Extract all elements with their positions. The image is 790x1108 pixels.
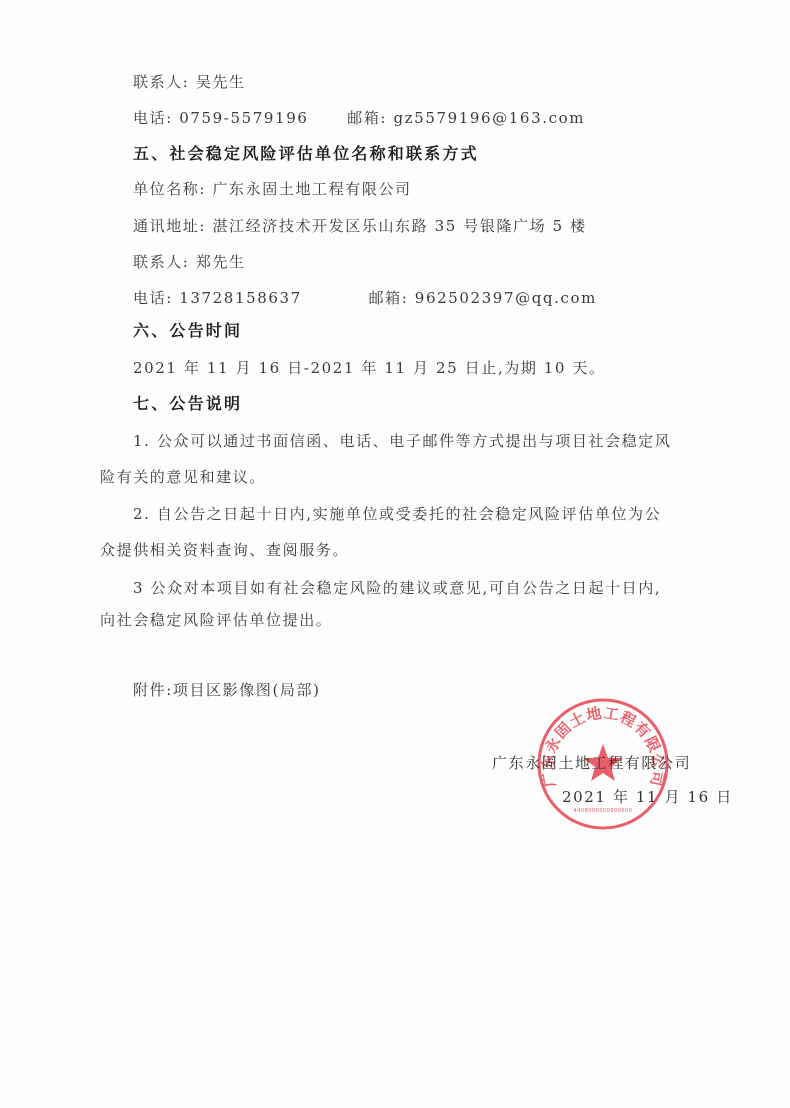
section-6-heading: 六、公告时间 [133,321,242,341]
signature-company: 广东永固土地工程有限公司 [492,752,691,773]
attachment-note: 附件:项目区影像图(局部) [133,680,321,700]
email-value: gz5579196@163.com [393,109,585,127]
address-label: 通讯地址: [133,217,206,235]
unit-name-line: 单位名称: 广东永固土地工程有限公司 [133,179,412,199]
email-value: 962502397@qq.com [415,289,597,307]
email-label: 邮箱: [347,109,387,127]
signature-date: 2021 年 11 月 16 日 [562,786,733,807]
contact-line-2: 联系人: 郑先生 [133,252,246,272]
contact-name: 郑先生 [196,253,246,271]
note-2-line-2: 众提供相关资料查询、查阅服务。 [100,540,349,560]
announcement-period: 2021 年 11 月 16 日-2021 年 11 月 25 日止,为期 10… [133,358,606,378]
document-page: 联系人: 吴先生 电话: 0759-5579196 邮箱: gz5579196@… [0,0,790,1108]
contact-label: 联系人: [133,253,189,271]
section-7-heading: 七、公告说明 [133,394,242,414]
phone-email-line: 电话: 0759-5579196 邮箱: gz5579196@163.com [133,108,585,128]
phone-value: 0759-5579196 [179,109,308,127]
note-1-line-1: 1. 公众可以通过书面信函、电话、电子邮件等方式提出与项目社会稳定风 [133,431,671,451]
phone-value: 13728158637 [179,289,302,307]
svg-text:广东永固土地工程有限公司: 广东永固土地工程有限公司 [539,704,668,789]
contact-label: 联系人: [133,73,189,91]
unit-label: 单位名称: [133,180,206,198]
phone-label: 电话: [133,289,173,307]
section-5-heading: 五、社会稳定风险评估单位名称和联系方式 [133,144,479,164]
address-line: 通讯地址: 湛江经济技术开发区乐山东路 35 号银隆广场 5 楼 [133,216,587,236]
contact-line: 联系人: 吴先生 [133,72,246,92]
unit-name: 广东永固土地工程有限公司 [212,180,411,198]
note-2-line-1: 2. 自公告之日起十日内,实施单位或受委托的社会稳定风险评估单位为公 [133,504,661,524]
phone-label: 电话: [133,109,173,127]
address-value: 湛江经济技术开发区乐山东路 35 号银隆广场 5 楼 [212,217,586,235]
email-label: 邮箱: [369,289,409,307]
contact-name: 吴先生 [196,73,246,91]
note-1-line-2: 险有关的意见和建议。 [100,467,266,487]
phone-email-line-2: 电话: 13728158637 邮箱: 962502397@qq.com [133,288,597,308]
note-3-line-2: 向社会稳定风险评估单位提出。 [100,610,332,630]
note-3-line-1: 3 公众对本项目如有社会稳定风险的建议或意见,可自公告之日起十日内, [133,578,661,598]
svg-text:4408000000000000: 4408000000000000 [574,808,633,814]
